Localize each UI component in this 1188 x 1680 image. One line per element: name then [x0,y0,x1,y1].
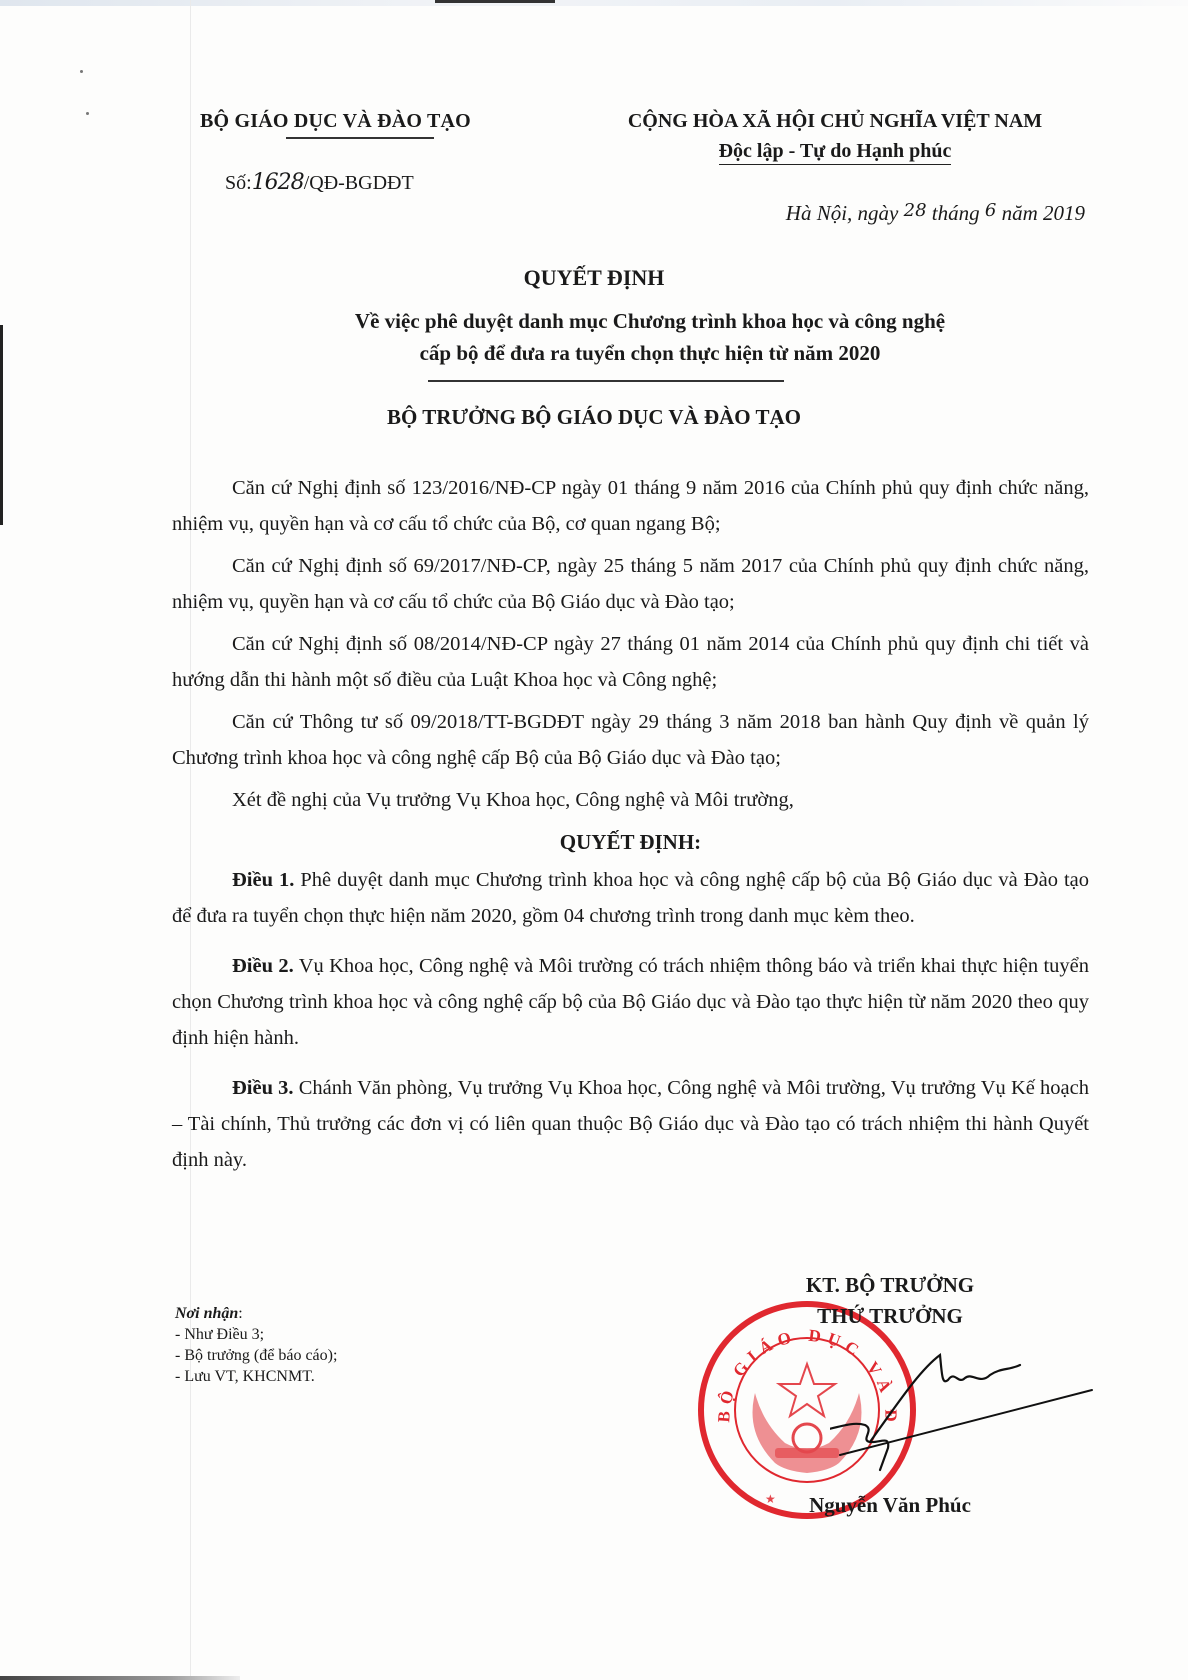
article-text: Phê duyệt danh mục Chương trình khoa học… [172,869,1089,927]
scan-edge-bottom [0,1676,240,1680]
date-place: Hà Nội, ngày [786,201,899,225]
issuing-ministry: BỘ GIÁO DỤC VÀ ĐÀO TẠO [200,110,471,133]
issuing-authority: BỘ TRƯỞNG BỘ GIÁO DỤC VÀ ĐÀO TẠO [0,405,1188,430]
document-number: Số:1628/QĐ-BGDĐT [225,170,414,195]
preamble-paragraph: Căn cứ Thông tư số 09/2018/TT-BGDĐT ngày… [172,704,1089,776]
document-body: Căn cứ Nghị định số 123/2016/NĐ-CP ngày … [172,470,1089,1192]
recipients-colon: : [238,1305,242,1322]
article-2: Điều 2. Vụ Khoa học, Công nghệ và Môi tr… [172,948,1089,1056]
dateline: Hà Nội, ngày 28 tháng 6 năm 2019 [575,200,1095,226]
national-title: CỘNG HÒA XÃ HỘI CHỦ NGHĨA VIỆT NAM [575,110,1095,133]
preamble-paragraph: Xét đề nghị của Vụ trưởng Vụ Khoa học, C… [172,782,1089,818]
decide-heading: QUYẾT ĐỊNH: [172,824,1089,860]
recipients-block: Nơi nhận: - Như Điều 3; - Bộ trưởng (để … [175,1303,337,1387]
preamble-paragraph: Căn cứ Nghị định số 08/2014/NĐ-CP ngày 2… [172,626,1089,698]
signature-title-line1: KT. BỘ TRƯỞNG [720,1270,1060,1301]
doc-number-suffix: /QĐ-BGDĐT [304,172,414,194]
signature-title: KT. BỘ TRƯỞNG THỨ TRƯỞNG [720,1270,1060,1332]
subject-line: cấp bộ để đưa ra tuyển chọn thực hiện từ… [250,337,1050,369]
doc-number-handwritten: 1628 [252,170,304,195]
article-3: Điều 3. Chánh Văn phòng, Vụ trưởng Vụ Kh… [172,1070,1089,1178]
date-day: 28 [904,200,927,221]
preamble-paragraph: Căn cứ Nghị định số 69/2017/NĐ-CP, ngày … [172,548,1089,620]
doc-number-prefix: Số: [225,172,252,194]
subject-line: Về việc phê duyệt danh mục Chương trình … [250,305,1050,337]
article-label: Điều 3. [232,1077,294,1099]
date-month-label: tháng [932,201,980,225]
scan-edge-mark [435,0,555,3]
preamble-paragraph: Căn cứ Nghị định số 123/2016/NĐ-CP ngày … [172,470,1089,542]
recipients-title: Nơi nhận [175,1305,238,1322]
recipient-item: - Như Điều 3; [175,1324,337,1345]
signer-name: Nguyễn Văn Phúc [720,1493,1060,1518]
subject-underline [428,380,784,382]
scan-edge-top [0,0,1188,6]
article-text: Chánh Văn phòng, Vụ trưởng Vụ Khoa học, … [172,1077,1089,1171]
article-label: Điều 1. [232,869,294,891]
document-subject: Về việc phê duyệt danh mục Chương trình … [250,305,1050,369]
article-label: Điều 2. [232,955,294,977]
date-year: năm 2019 [1002,201,1085,225]
article-1: Điều 1. Phê duyệt danh mục Chương trình … [172,862,1089,934]
article-text: Vụ Khoa học, Công nghệ và Môi trường có … [172,955,1089,1049]
handwritten-signature-icon [830,1330,1100,1480]
document-title: QUYẾT ĐỊNH [0,265,1188,291]
recipient-item: - Lưu VT, KHCNMT. [175,1366,337,1387]
scan-speck [80,70,83,73]
scan-speck [86,112,89,115]
date-month: 6 [985,200,996,221]
recipient-item: - Bộ trưởng (để báo cáo); [175,1345,337,1366]
ministry-underline [286,137,434,139]
signature-title-line2: THỨ TRƯỞNG [720,1301,1060,1332]
national-motto: Độc lập - Tự do Hạnh phúc [575,140,1095,163]
motto-text: Độc lập - Tự do Hạnh phúc [719,140,952,165]
